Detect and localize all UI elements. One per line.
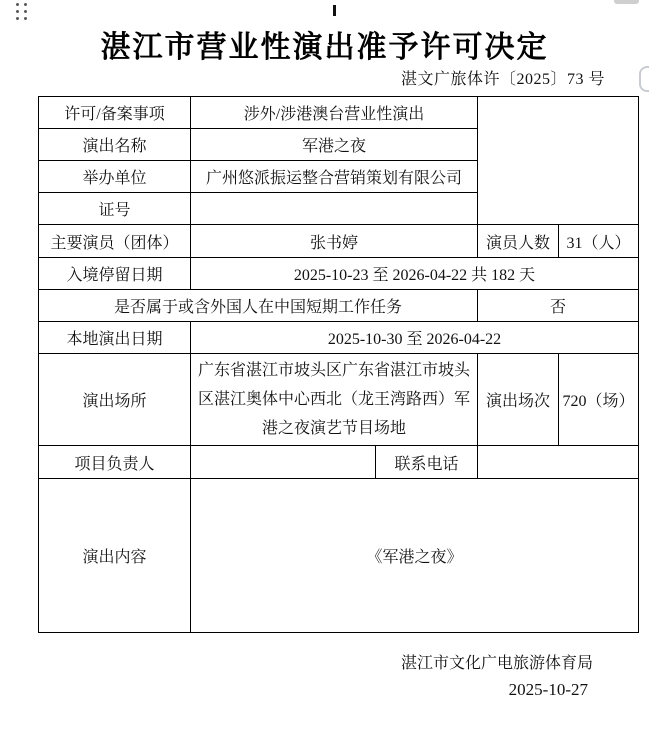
- cell-foreigner-question-value: 否: [478, 290, 639, 322]
- cell-performer-count-label: 演员人数: [478, 225, 559, 258]
- drag-handle-dot: [16, 3, 19, 6]
- drag-handle-dot: [16, 17, 19, 20]
- cell-local-show-date-label: 本地演出日期: [39, 322, 191, 354]
- cell-foreigner-question-label: 是否属于或含外国人在中国短期工作任务: [39, 290, 478, 322]
- issuing-authority: 湛江市文化广电旅游体育局: [401, 651, 593, 677]
- cell-corner-blank: [478, 97, 639, 225]
- cell-content-value: 《军港之夜》: [191, 479, 639, 633]
- cell-cert-no-label: 证号: [39, 193, 191, 225]
- cell-performer-count-value: 31（人）: [559, 225, 639, 258]
- table-row: 演出场所 广东省湛江市坡头区广东省湛江市坡头区湛江奥体中心西北（龙王湾路西）军港…: [39, 354, 639, 446]
- cell-content-label: 演出内容: [39, 479, 191, 633]
- clipped-tab-fragment[interactable]: [614, 0, 639, 4]
- permit-table: 许可/备案事项 涉外/涉港澳台营业性演出 演出名称 军港之夜 举办单位 广州悠派…: [38, 96, 639, 633]
- drag-handle-dot: [24, 17, 27, 20]
- table-row: 许可/备案事项 涉外/涉港澳台营业性演出: [39, 97, 639, 129]
- cell-contact-phone-label: 联系电话: [376, 446, 478, 479]
- document-number: 湛文广旅体许〔2025〕73 号: [401, 66, 605, 89]
- cell-session-count-value: 720（场）: [559, 354, 639, 446]
- drag-handle-dot: [24, 3, 27, 6]
- drag-handle-dot: [24, 10, 27, 13]
- cell-show-name-value: 军港之夜: [191, 129, 478, 161]
- cell-organizer-value: 广州悠派振运整合营销策划有限公司: [191, 161, 478, 193]
- cell-contact-phone-value: [478, 446, 639, 479]
- drag-handle-icon[interactable]: [16, 3, 27, 20]
- cell-permit-item-value: 涉外/涉港澳台营业性演出: [191, 97, 478, 129]
- cell-permit-item-label: 许可/备案事项: [39, 97, 191, 129]
- table-row: 项目负责人 联系电话: [39, 446, 639, 479]
- cell-venue-value: 广东省湛江市坡头区广东省湛江市坡头区湛江奥体中心西北（龙王湾路西）军港之夜演艺节…: [191, 354, 478, 446]
- clipped-side-button[interactable]: [639, 66, 649, 92]
- table-row: 本地演出日期 2025-10-30 至 2026-04-22: [39, 322, 639, 354]
- table-row: 是否属于或含外国人在中国短期工作任务 否: [39, 290, 639, 322]
- cell-venue-label: 演出场所: [39, 354, 191, 446]
- cell-project-manager-value: [191, 446, 376, 479]
- page-title: 湛江市营业性演出准予许可决定: [0, 22, 649, 66]
- table-row: 入境停留日期 2025-10-23 至 2026-04-22 共 182 天: [39, 258, 639, 290]
- cell-session-count-label: 演出场次: [478, 354, 559, 446]
- cell-main-performer-label: 主要演员（团体）: [39, 225, 191, 258]
- cell-cert-no-value: [191, 193, 478, 225]
- footer: 湛江市文化广电旅游体育局 2025-10-27: [401, 651, 593, 703]
- table-row: 主要演员（团体） 张书婷 演员人数 31（人）: [39, 225, 639, 258]
- drag-handle-dot: [16, 10, 19, 13]
- issue-date: 2025-10-27: [401, 677, 593, 703]
- cell-local-show-date-value: 2025-10-30 至 2026-04-22: [191, 322, 639, 354]
- cell-entry-stay-value: 2025-10-23 至 2026-04-22 共 182 天: [191, 258, 639, 290]
- table-row: 演出内容 《军港之夜》: [39, 479, 639, 633]
- cell-main-performer-value: 张书婷: [191, 225, 478, 258]
- cell-entry-stay-label: 入境停留日期: [39, 258, 191, 290]
- cell-show-name-label: 演出名称: [39, 129, 191, 161]
- text-caret-icon: [333, 5, 336, 16]
- cell-project-manager-label: 项目负责人: [39, 446, 191, 479]
- cell-organizer-label: 举办单位: [39, 161, 191, 193]
